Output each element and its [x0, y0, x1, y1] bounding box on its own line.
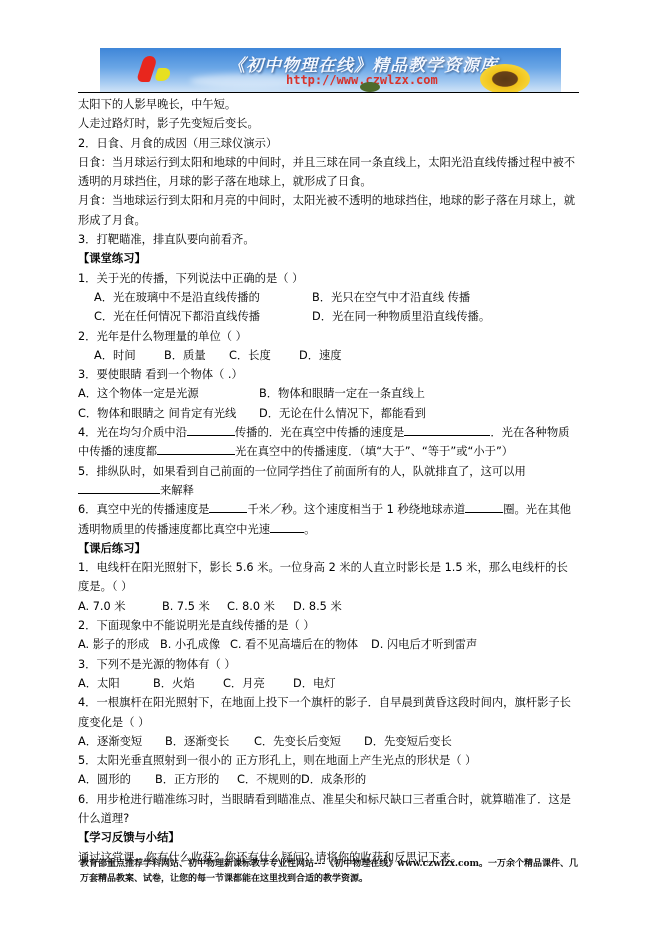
lunar-eclipse-paragraph: 月食：当地球运行到太阳和月亮的中间时，太阳光被不透明的地球挡住，地球的影子落在月…: [78, 191, 578, 230]
option: A．逐渐变短: [78, 732, 165, 751]
option: B．物体和眼睛一定在一条直线上: [259, 384, 425, 403]
option: D. 闪电后才听到雷声: [371, 635, 477, 654]
homework-heading: 【课后练习】: [78, 539, 578, 558]
q4-text: 传播的．光在真空中传播的速度是: [235, 426, 404, 439]
option: D．速度: [299, 346, 342, 365]
intro-line: 人走过路灯时，影子先变短后变长。: [78, 114, 578, 133]
classroom-heading: 【课堂练习】: [78, 249, 578, 268]
homework-q4-options: A．逐渐变短 B．逐渐变长 C．先变长后变短 D．先变短后变长: [78, 732, 578, 751]
option: D．电灯: [293, 674, 336, 693]
answer-blank[interactable]: [78, 481, 160, 494]
option: D．光在同一种物质里沿直线传播。: [312, 307, 490, 326]
option: A. 影子的形成: [78, 635, 160, 654]
option: B．正方形的: [155, 770, 237, 789]
option: A．太阳: [78, 674, 153, 693]
option: D．无论在什么情况下，都能看到: [259, 404, 426, 423]
homework-q3-options: A．太阳 B．火焰 C．月亮 D．电灯: [78, 674, 578, 693]
option: B．火焰: [153, 674, 223, 693]
sunflower-icon: [480, 64, 530, 92]
classroom-q3-stem: 3．要使眼睛 看到一个物体（ .）: [78, 365, 578, 384]
option: B. 小孔成像: [160, 635, 230, 654]
homework-q2-stem: 2．下面现象中不能说明光是直线传播的是（ ）: [78, 616, 578, 635]
classroom-q1-options: C．光在任何情况下都沿直线传播 D．光在同一种物质里沿直线传播。: [78, 307, 578, 326]
header-divider: [78, 92, 579, 93]
option: A．这个物体一定是光源: [78, 384, 259, 403]
answer-blank[interactable]: [404, 423, 490, 436]
classroom-q6: 6．真空中光的传播速度是千米／秒。这个速度相当于 1 秒绕地球赤道圈。光在其他透…: [78, 500, 578, 539]
homework-q3-stem: 3．下列不是光源的物体有（ ）: [78, 655, 578, 674]
option: C．月亮: [223, 674, 293, 693]
option: A. 7.0 米: [78, 597, 162, 616]
q4-text: 4．光在均匀介质中沿: [78, 426, 187, 439]
q6-text: 。: [304, 523, 315, 536]
option: C. 8.0 米: [227, 597, 293, 616]
answer-blank[interactable]: [157, 442, 235, 455]
option: D．成条形的: [301, 770, 366, 789]
document-body: 太阳下的人影早晚长，中午短。 人走过路灯时，影子先变短后变长。 2．日食、月食的…: [78, 95, 578, 867]
solar-eclipse-paragraph: 日食：当月球运行到太阳和地球的中间时，并且三球在同一条直线上，太阳光沿直线传播过…: [78, 153, 578, 192]
option: C．光在任何情况下都沿直线传播: [94, 307, 312, 326]
option: C．先变长后变短: [254, 732, 364, 751]
classroom-q3-options: C．物体和眼睛之 间肯定有光线 D．无论在什么情况下，都能看到: [78, 404, 578, 423]
intro-line: 3．打靶瞄准，排直队要向前看齐。: [78, 230, 578, 249]
classroom-q3-options: A．这个物体一定是光源 B．物体和眼睛一定在一条直线上: [78, 384, 578, 403]
answer-blank[interactable]: [187, 423, 235, 436]
homework-q5-options: A．圆形的 B．正方形的 C．不规则的 D．成条形的: [78, 770, 578, 789]
option: B．质量: [164, 346, 229, 365]
intro-heading: 2．日食、月食的成因（用三球仪演示）: [78, 134, 578, 153]
option: B．逐渐变长: [165, 732, 254, 751]
classroom-q4: 4．光在均匀介质中沿传播的．光在真空中传播的速度是．光在各种物质中传播的速度都光…: [78, 423, 578, 462]
q5-text: 来解释: [160, 484, 194, 497]
homework-q2-options: A. 影子的形成 B. 小孔成像 C. 看不见高墙后在的物体 D. 闪电后才听到…: [78, 635, 578, 654]
classroom-q1-options: A．光在玻璃中不是沿直线传播的 B．光只在空气中才沿直线 传播: [78, 288, 578, 307]
option: C. 看不见高墙后在的物体: [230, 635, 371, 654]
q6-text: 千米／秒。这个速度相当于 1 秒绕地球赤道: [247, 503, 465, 516]
option: C．长度: [229, 346, 299, 365]
option: C．物体和眼睛之 间肯定有光线: [78, 404, 259, 423]
answer-blank[interactable]: [209, 500, 247, 513]
intro-line: 太阳下的人影早晚长，中午短。: [78, 95, 578, 114]
option: B．光只在空气中才沿直线 传播: [312, 288, 470, 307]
leaf-decoration: [360, 82, 380, 92]
homework-q5-stem: 5．太阳光垂直照射到一很小的 正方形孔上，则在地面上产生光点的形状是（ ）: [78, 751, 578, 770]
q6-text: 6．真空中光的传播速度是: [78, 503, 209, 516]
header-banner: 《初中物理在线》精品教学资源库 http://www.czwlzx.com: [100, 48, 561, 92]
homework-q1-options: A. 7.0 米 B. 7.5 米 C. 8.0 米 D. 8.5 米: [78, 597, 578, 616]
q4-text: 光在真空中的传播速度．（填“大于”、“等于”或“小于”）: [235, 445, 513, 458]
option: B. 7.5 米: [162, 597, 227, 616]
option: A．时间: [94, 346, 164, 365]
q5-text: 5．排纵队时，如果看到自己前面的一位同学挡住了前面所有的人，队就排直了，这可以用: [78, 465, 526, 478]
classroom-q2-options: A．时间 B．质量 C．长度 D．速度: [78, 346, 578, 365]
classroom-q5: 5．排纵队时，如果看到自己前面的一位同学挡住了前面所有的人，队就排直了，这可以用…: [78, 462, 578, 501]
classroom-q2-stem: 2．光年是什么物理量的单位（ ）: [78, 327, 578, 346]
option: C．不规则的: [237, 770, 301, 789]
answer-blank[interactable]: [465, 500, 503, 513]
classroom-q1-stem: 1．关于光的传播，下列说法中正确的是（ ）: [78, 269, 578, 288]
option: A．圆形的: [78, 770, 155, 789]
option: D．先变短后变长: [364, 732, 452, 751]
homework-q1-stem: 1．电线杆在阳光照射下，影长 5.6 米。一位身高 2 米的人直立时影长是 1.…: [78, 558, 578, 597]
answer-blank[interactable]: [270, 520, 304, 533]
homework-q4-stem: 4．一根旗杆在阳光照射下，在地面上投下一个旗杆的影子．自早晨到黄昏这段时间内，旗…: [78, 693, 578, 732]
homework-q6-stem: 6．用步枪进行瞄准练习时，当眼睛看到瞄准点、准星尖和标尺缺口三者重合时，就算瞄准…: [78, 790, 578, 829]
logo-yellow-icon: [154, 68, 172, 81]
option: A．光在玻璃中不是沿直线传播的: [94, 288, 312, 307]
option: D. 8.5 米: [293, 597, 342, 616]
footer-text: 教育部重点推荐学科网站、初中物理新课标教学专业性网站---《初中物理在线》www…: [80, 857, 580, 887]
summary-heading: 【学习反馈与小结】: [78, 828, 578, 847]
